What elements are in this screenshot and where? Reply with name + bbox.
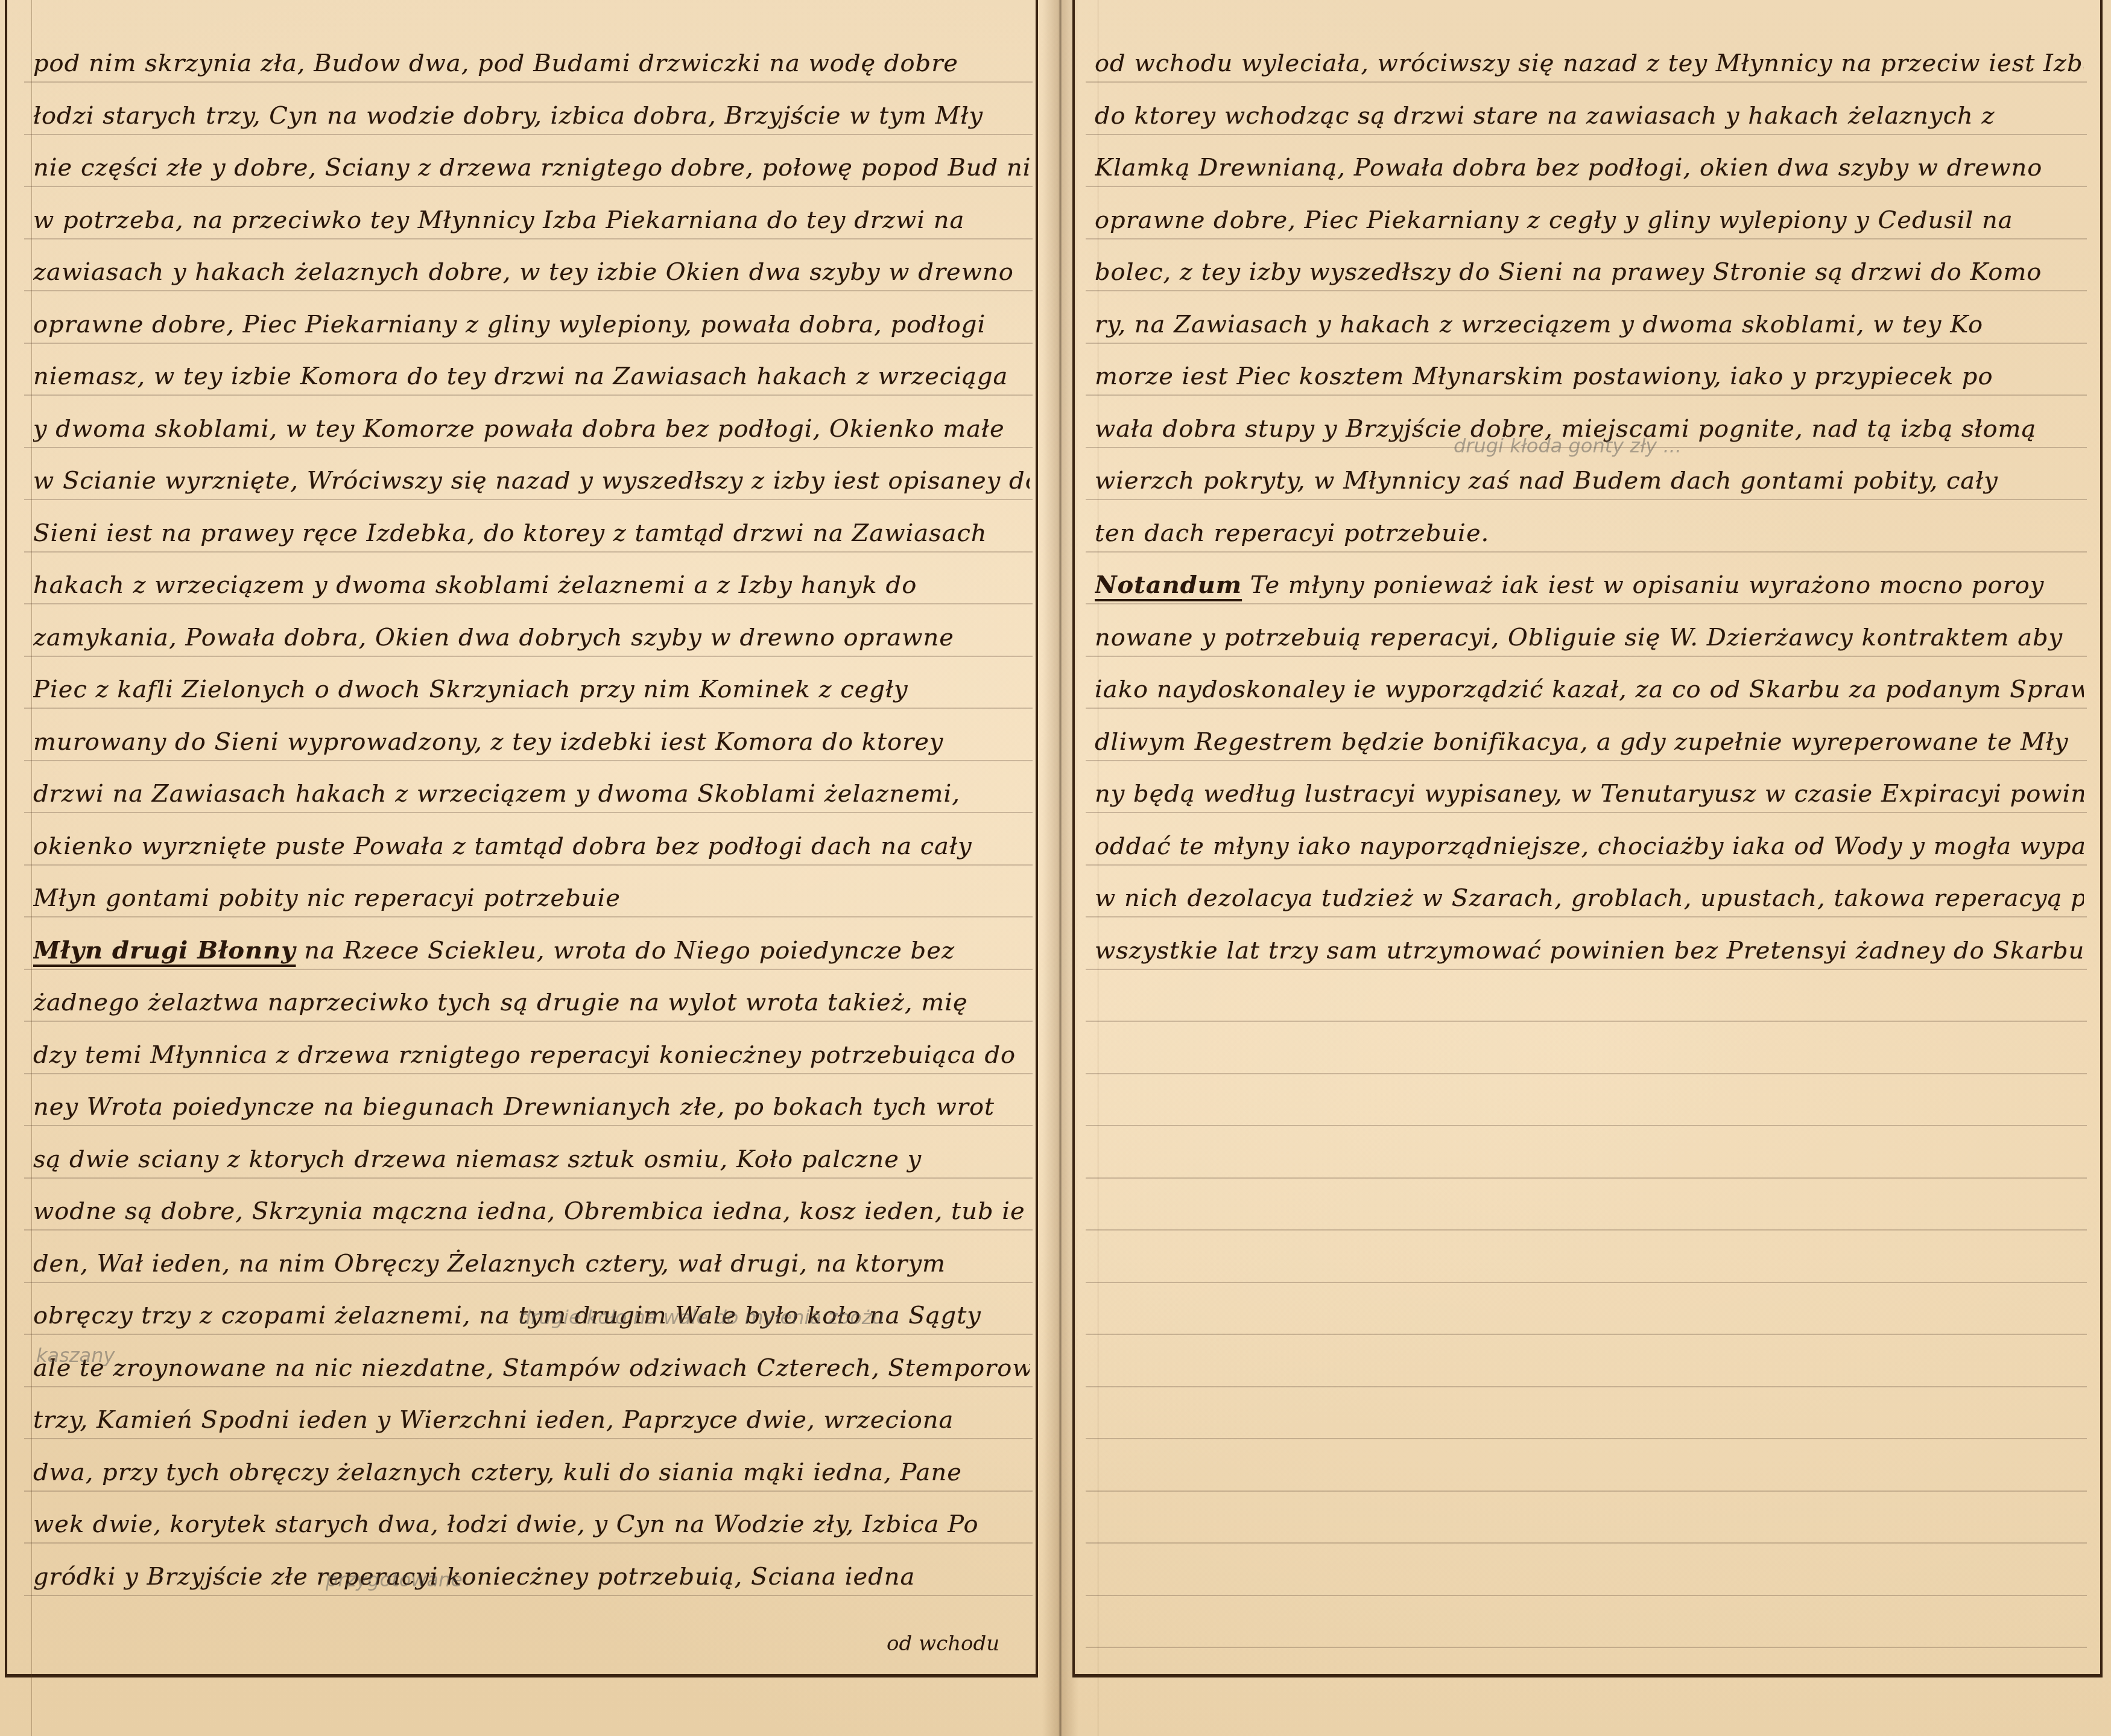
ruled-line [1086, 1125, 2087, 1126]
ruled-line [24, 812, 1033, 813]
ruled-line [24, 969, 1033, 970]
line-text: Te młyny ponieważ iak iest w opisaniu wy… [1242, 571, 2044, 599]
manuscript-line: nie części złe y dobre, Sciany z drzewa … [33, 150, 1030, 186]
manuscript-line: niemasz, w tey izbie Komora do tey drzwi… [33, 358, 1030, 394]
manuscript-line: okienko wyrznięte puste Powała z tamtąd … [33, 828, 1030, 864]
manuscript-line: ny będą według lustracyi wypisaney, w Te… [1095, 776, 2084, 812]
ruled-line [24, 760, 1033, 761]
ruled-line [1086, 1177, 2087, 1179]
manuscript-line: zamykania, Powała dobra, Okien dwa dobry… [33, 619, 1030, 656]
ruled-line [1086, 1073, 2087, 1074]
ruled-line [24, 1229, 1033, 1231]
ruled-line [1086, 1386, 2087, 1387]
ruled-line [24, 1490, 1033, 1492]
ruled-line [24, 343, 1033, 344]
pencil-annotation: przygotowane [326, 1568, 463, 1591]
right-page: od wchodu wyleciała, wróciwszy się nazad… [1062, 0, 2111, 1736]
manuscript-line: oprawne dobre, Piec Piekarniany z cegły … [1095, 202, 2084, 238]
ruled-line [1086, 238, 2087, 239]
manuscript-line: wierzch pokryty, w Młynnicy zaś nad Bude… [1095, 463, 2084, 499]
manuscript-line: iako naydoskonaley ie wyporządzić kazał,… [1095, 671, 2084, 708]
ruled-line [1086, 864, 2087, 866]
manuscript-line: hakach z wrzeciązem y dwoma skoblami żel… [33, 567, 1030, 603]
ruled-line [24, 134, 1033, 135]
ruled-line [1086, 708, 2087, 709]
manuscript-line: Młyn gontami pobity nic reperacyi potrze… [33, 880, 1030, 916]
ruled-line [24, 1125, 1033, 1126]
ruled-line [1086, 134, 2087, 135]
ruled-line [1086, 499, 2087, 500]
ruled-line [1086, 656, 2087, 657]
manuscript-spread: pod nim skrzynia zła, Budow dwa, pod Bud… [0, 0, 2111, 1736]
manuscript-line: den, Wał ieden, na nim Obręczy Żelaznych… [33, 1246, 1030, 1282]
pencil-annotation: kaszany [36, 1344, 115, 1367]
ruled-line [24, 864, 1033, 866]
ruled-line [24, 916, 1033, 917]
ruled-line [24, 238, 1033, 239]
manuscript-line: wodne są dobre, Skrzynia mączna iedna, O… [33, 1193, 1030, 1229]
manuscript-line: Piec z kafli Zielonych o dwoch Skrzyniac… [33, 671, 1030, 708]
section-heading: Notandum [1095, 571, 1242, 599]
ruled-line [1086, 1542, 2087, 1544]
ruled-line [1086, 603, 2087, 604]
manuscript-line: do ktorey wchodząc są drzwi stare na zaw… [1095, 98, 2084, 134]
ruled-line [1086, 1490, 2087, 1492]
ruled-line [24, 290, 1033, 291]
ruled-line [24, 394, 1033, 396]
manuscript-line: ry, na Zawiasach y hakach z wrzeciązem y… [1095, 306, 2084, 343]
left-page-margin-rule [31, 0, 32, 1736]
ruled-line [24, 186, 1033, 187]
ruled-line [1086, 1021, 2087, 1022]
manuscript-line: morze iest Piec kosztem Młynarskim posta… [1095, 358, 2084, 394]
pencil-annotation: drugie koło na wale do mylenia zbożu [519, 1306, 884, 1329]
manuscript-line: nowane y potrzebuią reperacyi, Obliguie … [1095, 619, 2084, 656]
ruled-line [1086, 394, 2087, 396]
manuscript-line: ale te zroynowane na nic niezdatne, Stam… [33, 1350, 1030, 1386]
ruled-line [1086, 290, 2087, 291]
ruled-line [1086, 551, 2087, 553]
ruled-line [24, 1177, 1033, 1179]
ruled-line [1086, 916, 2087, 917]
manuscript-line: Notandum Te młyny ponieważ iak iest w op… [1095, 567, 2084, 603]
ruled-line [1086, 969, 2087, 970]
manuscript-line: Klamką Drewnianą, Powała dobra bez podło… [1095, 150, 2084, 186]
manuscript-line: trzy, Kamień Spodni ieden y Wierzchni ie… [33, 1402, 1030, 1438]
ruled-line [24, 1386, 1033, 1387]
line-text: na Rzece Sciekleu, wrota do Niego poiedy… [296, 937, 955, 965]
ruled-line [1086, 812, 2087, 813]
ruled-line [1086, 760, 2087, 761]
ruled-line [24, 551, 1033, 553]
ruled-line [24, 447, 1033, 448]
manuscript-line: zawiasach y hakach żelaznych dobre, w te… [33, 254, 1030, 290]
manuscript-line: wszystkie lat trzy sam utrzymować powini… [1095, 933, 2084, 969]
ruled-line [24, 1438, 1033, 1439]
manuscript-line: wek dwie, korytek starych dwa, łodzi dwi… [33, 1506, 1030, 1542]
manuscript-line: Młyn drugi Błonny na Rzece Sciekleu, wro… [33, 933, 1030, 969]
ruled-line [1086, 1438, 2087, 1439]
catchword: od wchodu [887, 1632, 999, 1656]
manuscript-line: oddać te młyny iako nayporządniejsze, ch… [1095, 828, 2084, 864]
ruled-line [24, 708, 1033, 709]
manuscript-line: w potrzeba, na przeciwko tey Młynnicy Iz… [33, 202, 1030, 238]
ruled-line [1086, 1229, 2087, 1231]
manuscript-line: ten dach reperacyi potrzebuie. [1095, 515, 2084, 551]
manuscript-line: w Scianie wyrznięte, Wróciwszy się nazad… [33, 463, 1030, 499]
ruled-line [24, 603, 1033, 604]
manuscript-line: Sieni iest na prawey ręce Izdebka, do kt… [33, 515, 1030, 551]
ruled-line [24, 1542, 1033, 1544]
ruled-line [24, 1073, 1033, 1074]
ruled-line [24, 81, 1033, 83]
ruled-line [1086, 343, 2087, 344]
manuscript-line: w nich dezolacya tudzież w Szarach, grob… [1095, 880, 2084, 916]
ruled-line [24, 1021, 1033, 1022]
manuscript-line: pod nim skrzynia zła, Budow dwa, pod Bud… [33, 45, 1030, 81]
ruled-line [24, 1334, 1033, 1335]
manuscript-line: są dwie sciany z ktorych drzewa niemasz … [33, 1141, 1030, 1177]
section-heading: Młyn drugi Błonny [33, 936, 296, 965]
ruled-line [1086, 1334, 2087, 1335]
ruled-line [1086, 1647, 2087, 1648]
manuscript-line: łodzi starych trzy, Cyn na wodzie dobry,… [33, 98, 1030, 134]
manuscript-line: żadnego żelaztwa naprzeciwko tych są dru… [33, 984, 1030, 1021]
left-page: pod nim skrzynia zła, Budow dwa, pod Bud… [0, 0, 1057, 1736]
ruled-line [24, 1282, 1033, 1283]
ruled-line [24, 499, 1033, 500]
manuscript-line: od wchodu wyleciała, wróciwszy się nazad… [1095, 45, 2084, 81]
ruled-line [24, 1595, 1033, 1596]
manuscript-line: dwa, przy tych obręczy żelaznych cztery,… [33, 1454, 1030, 1490]
manuscript-line: y dwoma skoblami, w tey Komorze powała d… [33, 411, 1030, 447]
manuscript-line: bolec, z tey izby wyszedłszy do Sieni na… [1095, 254, 2084, 290]
manuscript-line: gródki y Brzyjście złe reperacyi koniecż… [33, 1559, 1030, 1595]
manuscript-line: murowany do Sieni wyprowadzony, z tey iz… [33, 724, 1030, 760]
ruled-line [1086, 1282, 2087, 1283]
manuscript-line: dliwym Regestrem będzie bonifikacya, a g… [1095, 724, 2084, 760]
manuscript-line: dzy temi Młynnica z drzewa rznigtego rep… [33, 1037, 1030, 1073]
ruled-line [24, 656, 1033, 657]
ruled-line [1086, 186, 2087, 187]
ruled-line [1086, 1595, 2087, 1596]
pencil-annotation: drugi kłoda gonty zły ... [1454, 434, 1682, 457]
ruled-line [1086, 81, 2087, 83]
manuscript-line: drzwi na Zawiasach hakach z wrzeciązem y… [33, 776, 1030, 812]
manuscript-line: ney Wrota poiedyncze na biegunach Drewni… [33, 1089, 1030, 1125]
manuscript-line: oprawne dobre, Piec Piekarniany z gliny … [33, 306, 1030, 343]
